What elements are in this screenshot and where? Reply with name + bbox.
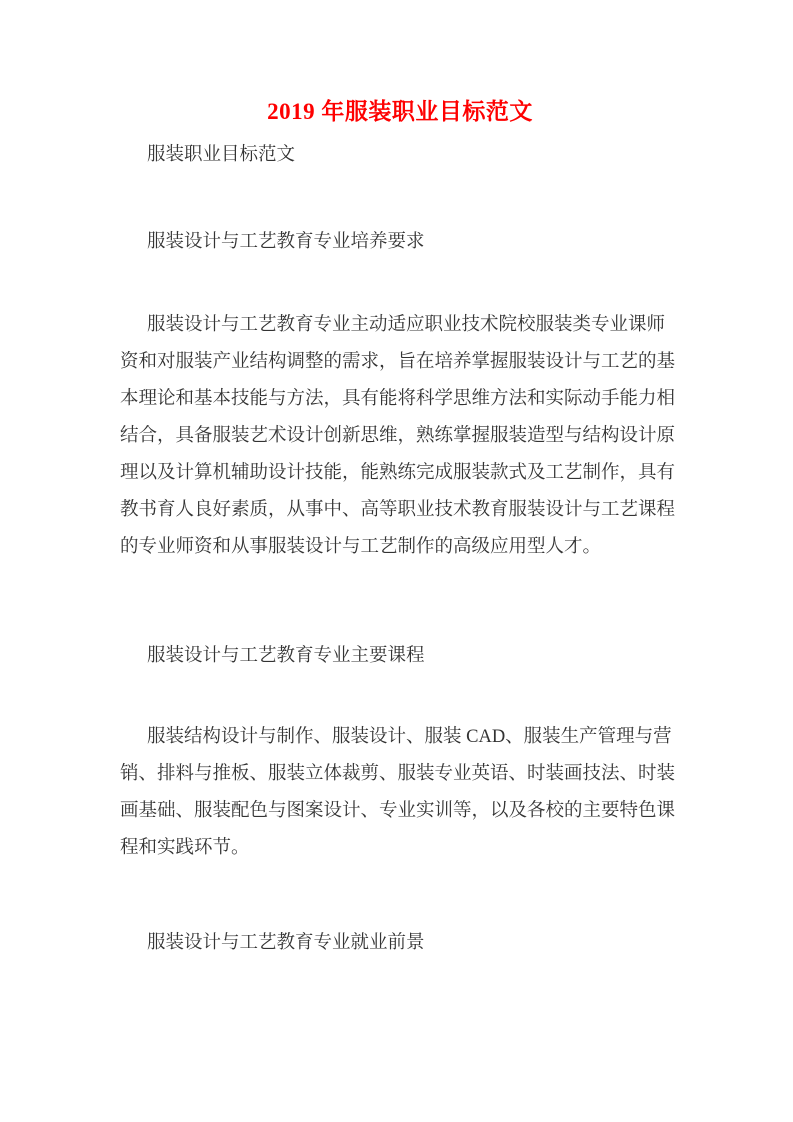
paragraph-subtitle: 服装职业目标范文 (120, 137, 680, 174)
document-title: 2019 年服装职业目标范文 (120, 97, 680, 127)
document-page: 2019 年服装职业目标范文 服装职业目标范文 服装设计与工艺教育专业培养要求 … (0, 0, 793, 1122)
paragraph-main-courses-body: 服装结构设计与制作、服装设计、服装 CAD、服装生产管理与营销、排料与推板、服装… (120, 719, 680, 867)
section-heading-main-courses: 服装设计与工艺教育专业主要课程 (120, 638, 680, 675)
section-heading-training-requirements: 服装设计与工艺教育专业培养要求 (120, 224, 680, 261)
section-heading-employment-prospects: 服装设计与工艺教育专业就业前景 (120, 925, 680, 962)
paragraph-training-requirements-body: 服装设计与工艺教育专业主动适应职业技术院校服装类专业课师资和对服装产业结构调整的… (120, 307, 680, 566)
